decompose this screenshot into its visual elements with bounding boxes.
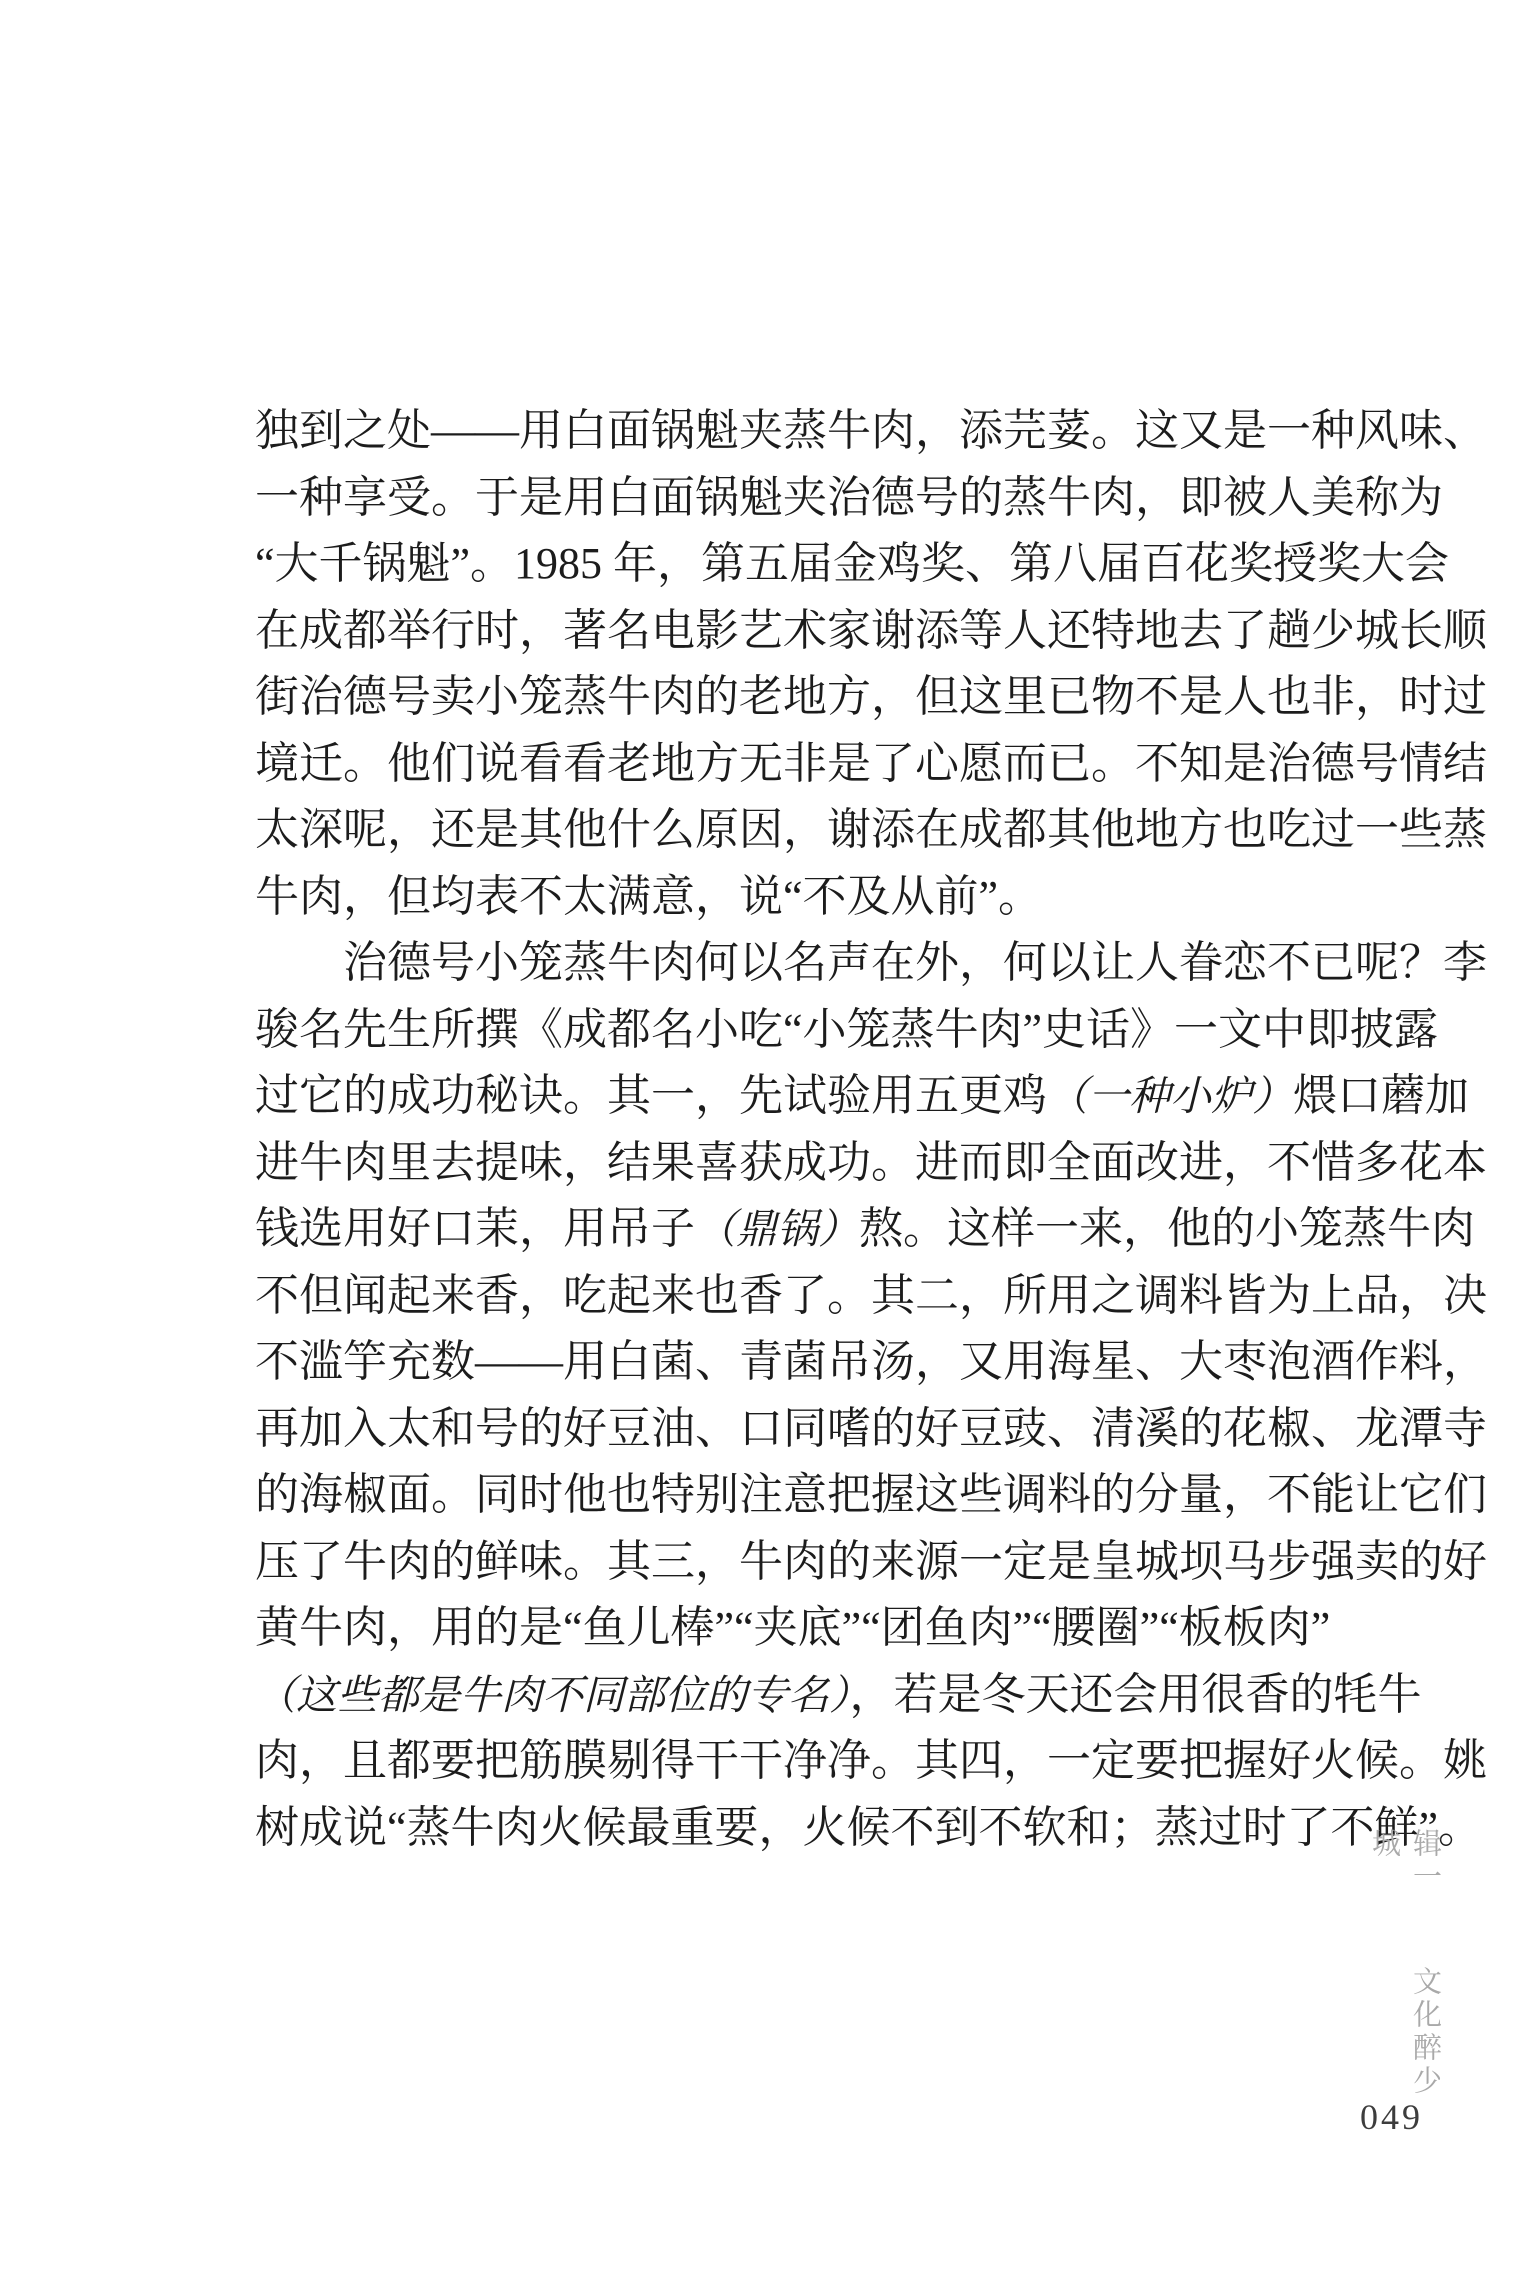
text-line: 再加入太和号的好豆油、口同嗜的好豆豉、清溪的花椒、龙潭寺 (255, 1396, 1247, 1463)
text-line: 不滥竽充数——用白菌、青菌吊汤，又用海星、大枣泡酒作料， (255, 1329, 1247, 1396)
text-segment: 不滥竽充数——用白菌、青菌吊汤，又用海星、大枣泡酒作料， (255, 1337, 1487, 1386)
text-line: 独到之处——用白面锅魁夹蒸牛肉，添芫荽。这又是一种风味、 (255, 398, 1247, 465)
text-line: 在成都举行时，著名电影艺术家谢添等人还特地去了趟少城长顺 (255, 598, 1247, 665)
body-text: 独到之处——用白面锅魁夹蒸牛肉，添芫荽。这又是一种风味、一种享受。于是用白面锅魁… (255, 398, 1247, 1861)
text-segment: 在成都举行时，著名电影艺术家谢添等人还特地去了趟少城长顺 (255, 606, 1487, 655)
text-segment: 煨口蘑加 (1293, 1071, 1469, 1120)
text-line: 街治德号卖小笼蒸牛肉的老地方，但这里已物不是人也非，时过 (255, 664, 1247, 731)
text-line: 治德号小笼蒸牛肉何以名声在外，何以让人眷恋不已呢？李 (255, 930, 1247, 997)
text-segment: 钱选用好口茉，用吊子 (255, 1204, 695, 1253)
text-line: （这些都是牛肉不同部位的专名），若是冬天还会用很香的牦牛 (255, 1662, 1247, 1729)
text-line: 钱选用好口茉，用吊子（鼎锅）熬。这样一来，他的小笼蒸牛肉 (255, 1196, 1247, 1263)
series-label: 辑一 (1405, 1828, 1446, 1894)
text-segment: （一种小炉） (1047, 1073, 1293, 1119)
text-line: 一种享受。于是用白面锅魁夹治德号的蒸牛肉，即被人美称为 (255, 465, 1247, 532)
text-line: 过它的成功秘诀。其一，先试验用五更鸡（一种小炉）煨口蘑加 (255, 1063, 1247, 1130)
text-segment: 过它的成功秘诀。其一，先试验用五更鸡 (255, 1071, 1047, 1120)
text-segment: 不但闻起来香，吃起来也香了。其二，所用之调料皆为上品，决 (255, 1271, 1487, 1320)
text-segment: 太深呢，还是其他什么原因，谢添在成都其他地方也吃过一些蒸 (255, 805, 1487, 854)
text-segment: 牛肉，但均表不太满意，说“不及从前”。 (255, 872, 1042, 921)
page-number: 049 (1360, 2096, 1423, 2138)
text-line: “大千锅魁”。1985 年，第五届金鸡奖、第八届百花奖授奖大会 (255, 531, 1247, 598)
text-segment: 压了牛肉的鲜味。其三，牛肉的来源一定是皇城坝马步强卖的好 (255, 1537, 1487, 1586)
text-line: 的海椒面。同时他也特别注意把握这些调料的分量，不能让它们 (255, 1462, 1247, 1529)
text-segment: 境迁。他们说看看老地方无非是了心愿而已。不知是治德号情结 (255, 739, 1487, 788)
text-segment: 肉，且都要把筋膜剔得干干净净。其四，一定要把握好火候。姚 (255, 1736, 1487, 1785)
text-segment: 一种享受。于是用白面锅魁夹治德号的蒸牛肉，即被人美称为 (255, 473, 1443, 522)
text-line: 牛肉，但均表不太满意，说“不及从前”。 (255, 864, 1247, 931)
text-segment: （鼎锅） (695, 1206, 859, 1252)
text-segment: 黄牛肉，用的是“鱼儿棒”“夹底”“团鱼肉”“腰圈”“板板肉” (255, 1603, 1330, 1652)
text-line: 肉，且都要把筋膜剔得干干净净。其四，一定要把握好火候。姚 (255, 1728, 1247, 1795)
text-segment: 熬。这样一来，他的小笼蒸牛肉 (859, 1204, 1475, 1253)
text-line: 进牛肉里去提味，结果喜获成功。进而即全面改进，不惜多花本 (255, 1130, 1247, 1197)
text-segment: 的海椒面。同时他也特别注意把握这些调料的分量，不能让它们 (255, 1470, 1487, 1519)
text-segment: “大千锅魁”。1985 年，第五届金鸡奖、第八届百花奖授奖大会 (255, 539, 1449, 588)
text-line: 树成说“蒸牛肉火候最重要，火候不到不软和；蒸过时了不鲜”。 (255, 1795, 1247, 1862)
text-line: 太深呢，还是其他什么原因，谢添在成都其他地方也吃过一些蒸 (255, 797, 1247, 864)
text-line: 骏名先生所撰《成都名小吃“小笼蒸牛肉”史话》一文中即披露 (255, 997, 1247, 1064)
text-segment: 再加入太和号的好豆油、口同嗜的好豆豉、清溪的花椒、龙潭寺 (255, 1404, 1487, 1453)
chapter-sidebar-caption: 辑一 文化醉少城 (1364, 1828, 1446, 2128)
text-line: 境迁。他们说看看老地方无非是了心愿而已。不知是治德号情结 (255, 731, 1247, 798)
text-segment: （这些都是牛肉不同部位的专名） (255, 1672, 850, 1718)
text-segment: ，若是冬天还会用很香的牦牛 (850, 1670, 1422, 1719)
text-segment: 进牛肉里去提味，结果喜获成功。进而即全面改进，不惜多花本 (255, 1138, 1487, 1187)
text-segment: 树成说“蒸牛肉火候最重要，火候不到不软和；蒸过时了不鲜”。 (255, 1803, 1482, 1852)
text-segment: 街治德号卖小笼蒸牛肉的老地方，但这里已物不是人也非，时过 (255, 672, 1487, 721)
text-segment: 独到之处——用白面锅魁夹蒸牛肉，添芫荽。这又是一种风味、 (255, 406, 1487, 455)
text-line: 不但闻起来香，吃起来也香了。其二，所用之调料皆为上品，决 (255, 1263, 1247, 1330)
text-line: 黄牛肉，用的是“鱼儿棒”“夹底”“团鱼肉”“腰圈”“板板肉” (255, 1595, 1247, 1662)
book-page: 独到之处——用白面锅魁夹蒸牛肉，添芫荽。这又是一种风味、一种享受。于是用白面锅魁… (0, 0, 1536, 2278)
text-line: 压了牛肉的鲜味。其三，牛肉的来源一定是皇城坝马步强卖的好 (255, 1529, 1247, 1596)
text-segment: 骏名先生所撰《成都名小吃“小笼蒸牛肉”史话》一文中即披露 (255, 1005, 1438, 1054)
text-segment: 治德号小笼蒸牛肉何以名声在外，何以让人眷恋不已呢？李 (343, 938, 1487, 987)
